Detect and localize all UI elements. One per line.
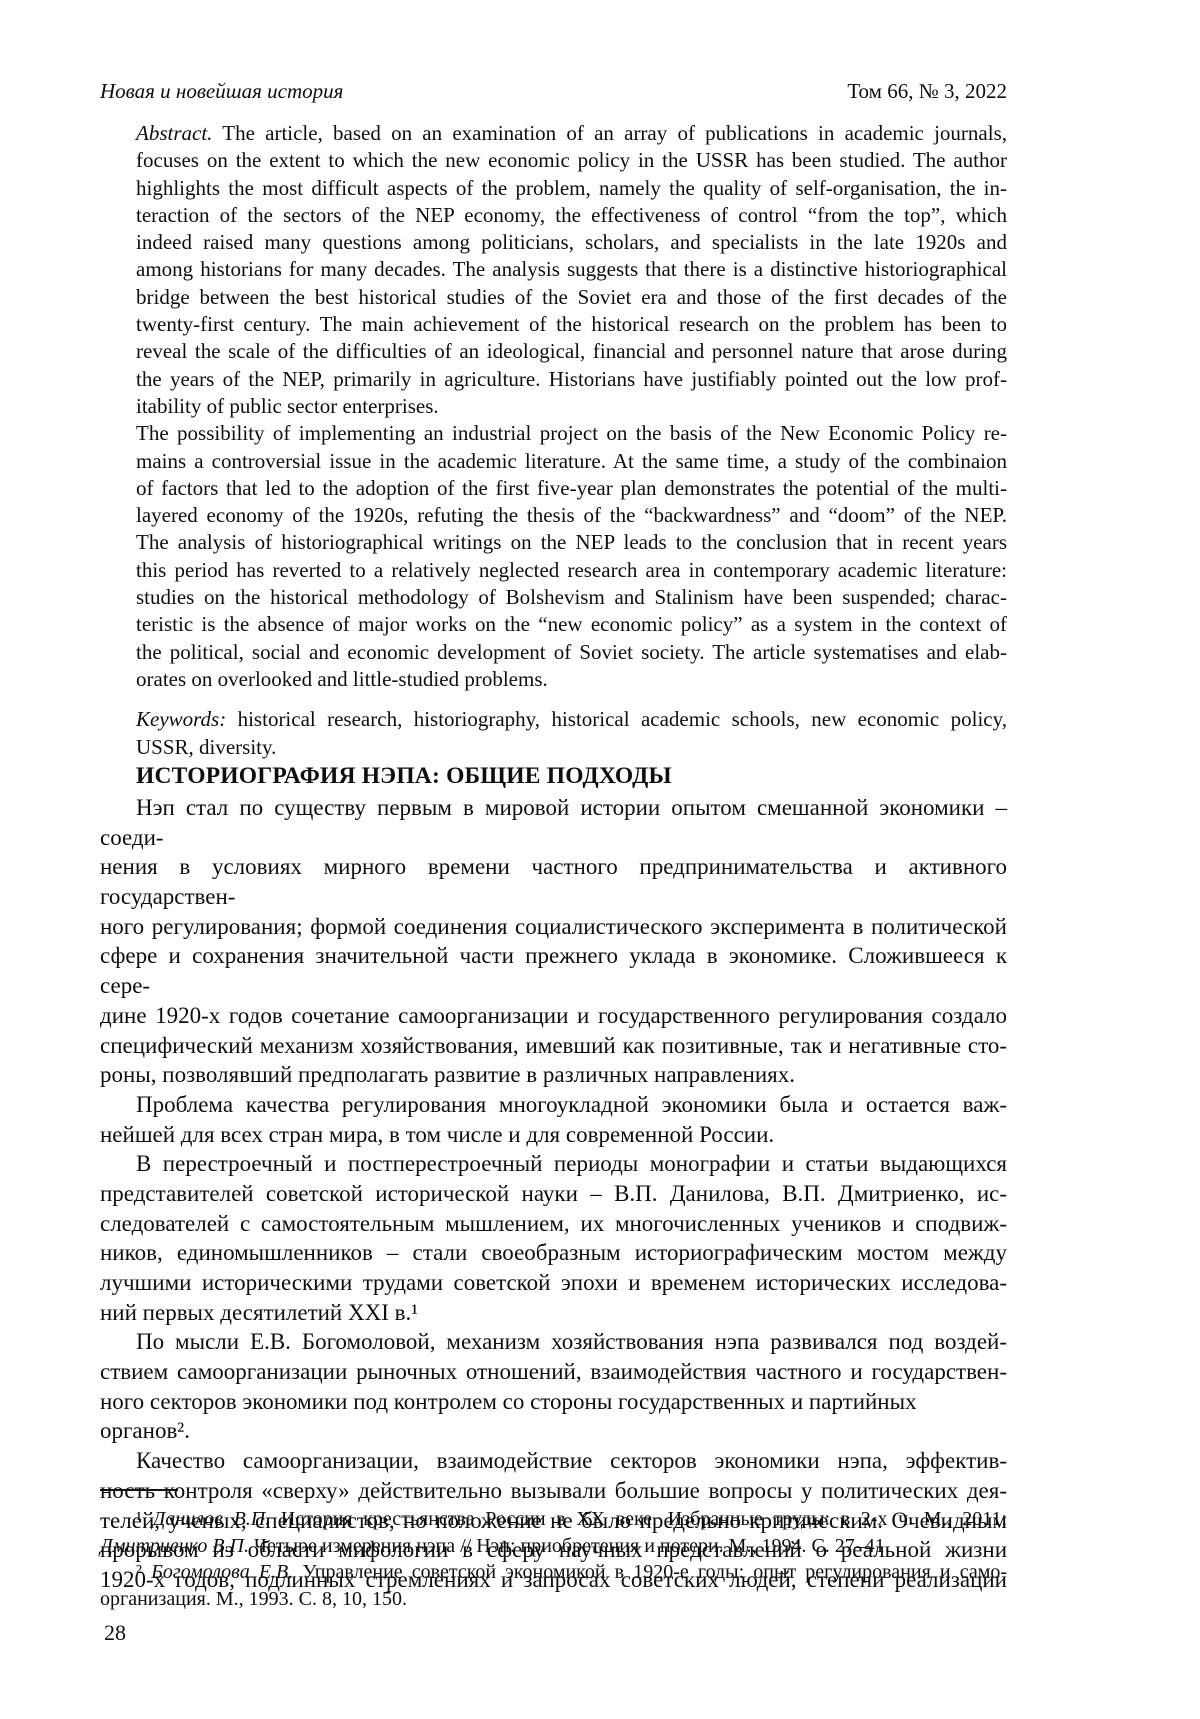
abstract-paragraph-1: Abstract. The article, based on an exami… (136, 120, 1007, 420)
text-line: Дмитриенко В.П. Четыре измерения нэпа //… (100, 1533, 1007, 1560)
footnote-list: ¹ Данилов В.П. История крестьянства Росс… (100, 1506, 1007, 1612)
text: Управление советской экономикой в 1920-е… (293, 1561, 1007, 1583)
text-line: teristic is the absence of major works o… (136, 611, 1007, 638)
text-line: The possibility of implementing an indus… (136, 420, 1007, 447)
page: Новая и новейшая история Том 66, № 3, 20… (0, 0, 1200, 1719)
text-line: Abstract. The article, based on an exami… (136, 120, 1007, 147)
text-line: ного регулирования; формой соединения со… (100, 912, 1007, 942)
text: Четыре измерения нэпа // Нэп: приобретен… (249, 1535, 890, 1557)
text-line: дине 1920-х годов сочетание самоорганиза… (100, 1001, 1007, 1031)
text-line: The analysis of historiographical writin… (136, 529, 1007, 556)
italic-text: Богомолова Е.В. (151, 1561, 293, 1583)
text-line: ного секторов экономики под контролем со… (100, 1387, 1007, 1446)
text-line: teraction of the sectors of the NEP econ… (136, 202, 1007, 229)
keywords-block: Keywords: historical research, historiog… (136, 706, 1007, 761)
page-header: Новая и новейшая история Том 66, № 3, 20… (100, 80, 1007, 102)
text-line: of factors that led to the adoption of t… (136, 475, 1007, 502)
text-line: Качество самоорганизации, взаимодействие… (100, 1446, 1007, 1476)
text: ¹ (136, 1508, 153, 1530)
text-line: this period has reverted to a relatively… (136, 557, 1007, 584)
text-line: По мысли Е.В. Богомоловой, механизм хозя… (100, 1327, 1007, 1357)
text-line: layered economy of the 1920s, refuting t… (136, 502, 1007, 529)
text-line: В перестроечный и постперестроечный пери… (100, 1149, 1007, 1179)
text: История крестьянства России в XX веке. И… (270, 1508, 1007, 1530)
article-body: ИСТОРИОГРАФИЯ НЭПА: ОБЩИЕ ПОДХОДЫ Нэп ст… (100, 761, 1007, 1595)
text-line: сфере и сохранения значительной части пр… (100, 941, 1007, 1000)
italic-text: Дмитриенко В.П. (100, 1535, 249, 1557)
text-line: the political, social and economic devel… (136, 639, 1007, 666)
text: The article, based on an examination of … (212, 121, 1007, 145)
text-line: роны, позволявший предполагать развитие … (100, 1060, 1007, 1090)
italic-text: Keywords: (136, 707, 226, 731)
journal-title: Новая и новейшая история (100, 80, 343, 102)
text-line: ¹ Данилов В.П. История крестьянства Росс… (100, 1506, 1007, 1533)
abstract-paragraph-2: The possibility of implementing an indus… (136, 420, 1007, 693)
text-line: специфический механизм хозяйствования, и… (100, 1031, 1007, 1061)
text-line: the years of the NEP, primarily in agric… (136, 366, 1007, 393)
text-line: orates on overlooked and little-studied … (136, 666, 1007, 693)
text-line: ² Богомолова Е.В. Управление советской э… (100, 1559, 1007, 1586)
text-line: indeed raised many questions among polit… (136, 229, 1007, 256)
abstract-section: Abstract. The article, based on an exami… (136, 120, 1007, 761)
text: historical research, historiography, his… (226, 707, 1007, 731)
footnote-item: ² Богомолова Е.В. Управление советской э… (100, 1559, 1007, 1612)
text-line: twenty-first century. The main achieveme… (136, 311, 1007, 338)
text-line: among historians for many decades. The a… (136, 256, 1007, 283)
text-line: highlights the most difficult aspects of… (136, 175, 1007, 202)
text-line: reveal the scale of the difficulties of … (136, 338, 1007, 365)
body-paragraph: Нэп стал по существу первым в мировой ис… (100, 793, 1007, 1090)
text-line: Проблема качества регулирования многоукл… (100, 1090, 1007, 1120)
footnotes-section: ¹ Данилов В.П. История крестьянства Росс… (100, 1489, 1007, 1612)
section-heading: ИСТОРИОГРАФИЯ НЭПА: ОБЩИЕ ПОДХОДЫ (100, 761, 1007, 791)
text-line: USSR, diversity. (136, 734, 1007, 761)
body-paragraphs: Нэп стал по существу первым в мировой ис… (100, 793, 1007, 1595)
body-paragraph: По мысли Е.В. Богомоловой, механизм хозя… (100, 1327, 1007, 1446)
text-line: лучшими историческими трудами советской … (100, 1268, 1007, 1298)
body-paragraph: В перестроечный и постперестроечный пери… (100, 1149, 1007, 1327)
text-line: представителей советской исторической на… (100, 1179, 1007, 1209)
text: ² (136, 1561, 151, 1583)
text-line: bridge between the best historical studi… (136, 284, 1007, 311)
text-line: ний первых десятилетий XXI в.¹ (100, 1298, 1007, 1328)
italic-text: Данилов В.П. (153, 1508, 271, 1530)
text-line: studies on the historical methodology of… (136, 584, 1007, 611)
text-line: Нэп стал по существу первым в мировой ис… (100, 793, 1007, 852)
text-line: mains a controversial issue in the acade… (136, 448, 1007, 475)
text-line: следователей с самостоятельным мышлением… (100, 1209, 1007, 1239)
text-line: ников, единомышленников – стали своеобра… (100, 1238, 1007, 1268)
text-line: Keywords: historical research, historiog… (136, 706, 1007, 733)
text-line: нейшей для всех стран мира, в том числе … (100, 1120, 1007, 1150)
page-number: 28 (104, 1620, 126, 1646)
text-line: организация. М., 1993. С. 8, 10, 150. (100, 1586, 1007, 1613)
text-line: нения в условиях мирного времени частног… (100, 852, 1007, 911)
footnote-item: ¹ Данилов В.П. История крестьянства Росс… (100, 1506, 1007, 1559)
issue-info: Том 66, № 3, 2022 (847, 80, 1007, 102)
italic-text: Abstract. (136, 121, 212, 145)
text-line: itability of public sector enterprises. (136, 393, 1007, 420)
text-line: ствием самоорганизации рыночных отношени… (100, 1357, 1007, 1387)
text-line: focuses on the extent to which the new e… (136, 147, 1007, 174)
footnote-separator (100, 1489, 178, 1491)
body-paragraph: Проблема качества регулирования многоукл… (100, 1090, 1007, 1149)
